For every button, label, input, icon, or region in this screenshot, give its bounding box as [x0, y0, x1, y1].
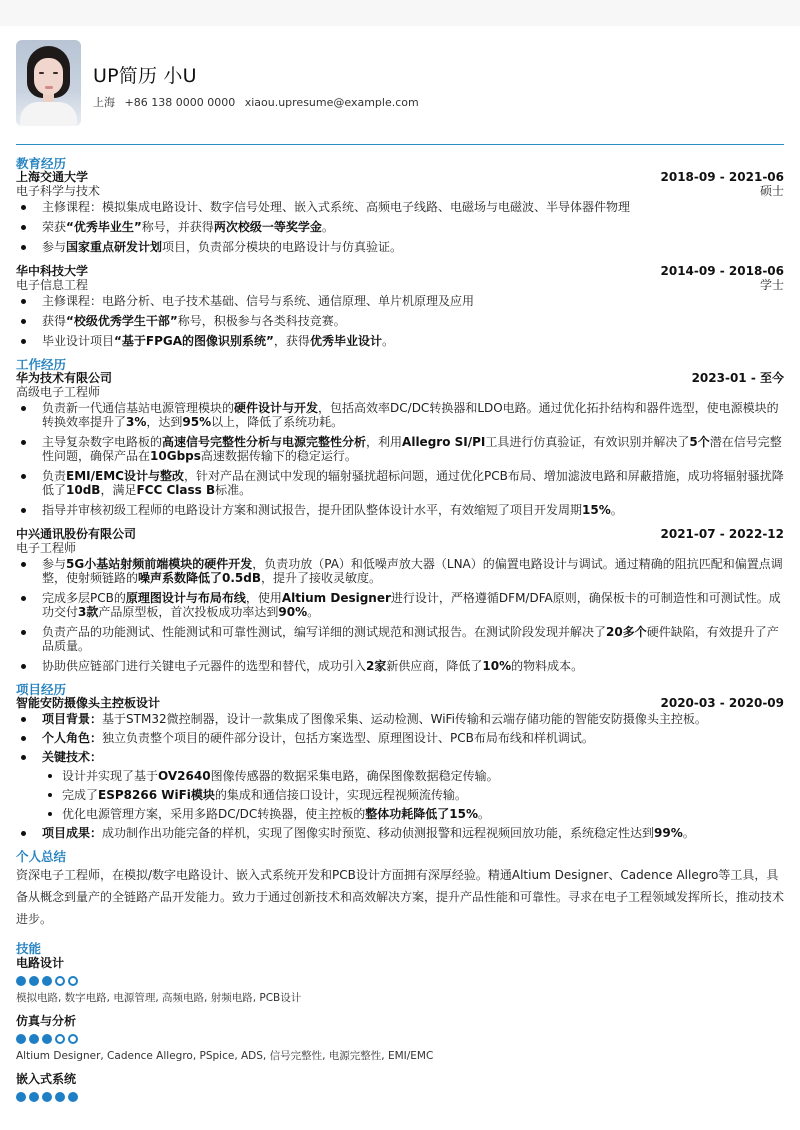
bullet-item: 项目背景：基于STM32微控制器，设计一款集成了图像采集、运动检测、WiFi传输…: [16, 712, 784, 726]
contact-city: 上海: [93, 96, 115, 109]
degree: 学士: [760, 278, 784, 292]
date-range: 2021-07 - 2022-12: [661, 527, 785, 541]
filled-dot-icon: [16, 1034, 26, 1044]
text-run: ，满足: [100, 483, 136, 497]
emphasis-text: 99%: [654, 826, 683, 840]
emphasis-text: 3%: [126, 415, 146, 429]
contact-phone: +86 138 0000 0000: [125, 96, 236, 109]
skill-item: 电路设计模拟电路, 数字电路, 电源管理, 高频电路, 射频电路, PCB设计: [16, 956, 784, 1005]
bullet-list: 主修课程：模拟集成电路设计、数字信号处理、嵌入式系统、高频电子线路、电磁场与电磁…: [16, 200, 784, 254]
section-title: 工作经历: [16, 358, 784, 371]
text-run: 称号，并获得: [142, 220, 214, 234]
text-run: ，获得: [274, 334, 310, 348]
education-entry: 华中科技大学2014-09 - 2018-06电子信息工程学士主修课程：电路分析…: [16, 264, 784, 348]
text-run: ，达到: [146, 415, 182, 429]
emphasis-text: 5G小基站射频前端模块的硬件开发: [66, 557, 252, 571]
profile-photo: [16, 40, 81, 126]
text-run: 优化电源管理方案，采用多路DC/DC转换器，使主控板的: [62, 807, 365, 821]
filled-dot-icon: [16, 976, 26, 986]
text-run: ，使用: [246, 591, 282, 605]
summary-section: 个人总结 资深电子工程师，在模拟/数字电路设计、嵌入式系统开发和PCB设计方面拥…: [16, 850, 784, 930]
bullet-item: 完成多层PCB的原理图设计与布局布线，使用Altium Designer进行设计…: [16, 591, 784, 619]
text-run: 工具进行仿真验证，有效识别并解决了: [485, 435, 689, 449]
entry-subheader: 电子信息工程学士: [16, 278, 784, 292]
text-run: 参与: [42, 240, 66, 254]
entry-header: 中兴通讯股份有限公司2021-07 - 2022-12: [16, 527, 784, 541]
text-run: 标准。: [215, 483, 251, 497]
emphasis-text: “基于FPGA的图像识别系统”: [114, 334, 274, 348]
emphasis-text: 2家: [366, 659, 386, 673]
text-run: 基于STM32微控制器，设计一款集成了图像采集、运动检测、WiFi传输和云端存储…: [102, 712, 707, 726]
text-run: 。: [478, 807, 490, 821]
filled-dot-icon: [68, 1092, 78, 1102]
skills-section: 技能 电路设计模拟电路, 数字电路, 电源管理, 高频电路, 射频电路, PCB…: [16, 942, 784, 1102]
date-range: 2018-09 - 2021-06: [661, 170, 785, 184]
text-run: 成功制作出功能完备的样机，实现了图像实时预览、移动侦测报警和远程视频回放功能，系…: [102, 826, 654, 840]
text-run: 。: [382, 334, 394, 348]
section-title: 教育经历: [16, 157, 784, 170]
entry-subheader: 电子科学与技术硕士: [16, 184, 784, 198]
emphasis-text: 关键技术：: [42, 750, 102, 764]
text-run: 荣获: [42, 220, 66, 234]
filled-dot-icon: [42, 1092, 52, 1102]
empty-dot-icon: [55, 1034, 65, 1044]
text-run: 完成多层PCB的: [42, 591, 126, 605]
resume-page: UP简历 小U 上海 +86 138 0000 0000 xiaou.upres…: [0, 26, 800, 1102]
text-run: 产品原型板，首次投板成功率达到: [98, 605, 278, 619]
sub-bullet-item: 设计并实现了基于OV2640图像传感器的数据采集电路，确保图像数据稳定传输。: [42, 769, 784, 783]
skill-name: 仿真与分析: [16, 1014, 784, 1028]
text-run: 负责新一代通信基站电源管理模块的: [42, 401, 234, 415]
bullet-list: 参与5G小基站射频前端模块的硬件开发，负责功放（PA）和低噪声放大器（LNA）的…: [16, 557, 784, 673]
degree: 硕士: [760, 184, 784, 198]
emphasis-text: 20多个: [606, 625, 647, 639]
empty-dot-icon: [68, 976, 78, 986]
skill-level-rating: [16, 976, 784, 986]
sub-bullet-item: 优化电源管理方案，采用多路DC/DC转换器，使主控板的整体功耗降低了15%。: [42, 807, 784, 821]
bullet-item: 参与5G小基站射频前端模块的硬件开发，负责功放（PA）和低噪声放大器（LNA）的…: [16, 557, 784, 585]
text-run: 主修课程：电路分析、电子技术基础、信号与系统、通信原理、单片机原理及应用: [42, 294, 474, 308]
bullet-item: 主修课程：电路分析、电子技术基础、信号与系统、通信原理、单片机原理及应用: [16, 294, 784, 308]
bullet-item: 个人角色：独立负责整个项目的硬件部分设计，包括方案选型、原理图设计、PCB布局布…: [16, 731, 784, 745]
company-name: 华为技术有限公司: [16, 371, 112, 385]
bullet-item: 项目成果：成功制作出功能完备的样机，实现了图像实时预览、移动侦测报警和远程视频回…: [16, 826, 784, 840]
bullet-item: 主修课程：模拟集成电路设计、数字信号处理、嵌入式系统、高频电子线路、电磁场与电磁…: [16, 200, 784, 214]
bullet-item: 荣获“优秀毕业生”称号，并获得两次校级一等奖学金。: [16, 220, 784, 234]
emphasis-text: 整体功耗降低了15%: [365, 807, 478, 821]
bullet-list: 项目背景：基于STM32微控制器，设计一款集成了图像采集、运动检测、WiFi传输…: [16, 712, 784, 840]
skill-item: 嵌入式系统: [16, 1072, 784, 1102]
bullet-item: 主导复杂数字电路板的高速信号完整性分析与电源完整性分析，利用Allegro SI…: [16, 435, 784, 463]
emphasis-text: “优秀毕业生”: [66, 220, 142, 234]
text-run: 的集成和通信接口设计，实现远程视频流传输。: [215, 788, 467, 802]
school-name: 上海交通大学: [16, 170, 88, 184]
projects-section: 项目经历 智能安防摄像头主控板设计2020-03 - 2020-09项目背景：基…: [16, 683, 784, 840]
text-run: 毕业设计项目: [42, 334, 114, 348]
section-title: 个人总结: [16, 850, 784, 863]
text-run: 图像传感器的数据采集电路，确保图像数据稳定传输。: [211, 769, 499, 783]
empty-dot-icon: [68, 1034, 78, 1044]
emphasis-text: 95%: [182, 415, 211, 429]
emphasis-text: ESP8266 WiFi模块: [98, 788, 215, 802]
entry-header: 华为技术有限公司2023-01 - 至今: [16, 371, 784, 385]
project-entry: 智能安防摄像头主控板设计2020-03 - 2020-09项目背景：基于STM3…: [16, 696, 784, 840]
skill-name: 嵌入式系统: [16, 1072, 784, 1086]
education-section: 教育经历 上海交通大学2018-09 - 2021-06电子科学与技术硕士主修课…: [16, 157, 784, 348]
filled-dot-icon: [55, 1092, 65, 1102]
entry-header: 华中科技大学2014-09 - 2018-06: [16, 264, 784, 278]
company-name: 中兴通讯股份有限公司: [16, 527, 136, 541]
text-run: 独立负责整个项目的硬件部分设计，包括方案选型、原理图设计、PCB布局布线和样机调…: [102, 731, 594, 745]
filled-dot-icon: [29, 976, 39, 986]
summary-text: 资深电子工程师，在模拟/数字电路设计、嵌入式系统开发和PCB设计方面拥有深厚经验…: [16, 864, 784, 930]
text-run: 获得: [42, 314, 66, 328]
bullet-list: 主修课程：电路分析、电子技术基础、信号与系统、通信原理、单片机原理及应用获得“校…: [16, 294, 784, 348]
skill-item: 仿真与分析Altium Designer, Cadence Allegro, P…: [16, 1014, 784, 1063]
project-name: 智能安防摄像头主控板设计: [16, 696, 160, 710]
emphasis-text: 国家重点研发计划: [66, 240, 162, 254]
work-entry: 华为技术有限公司2023-01 - 至今高级电子工程师负责新一代通信基站电源管理…: [16, 371, 784, 517]
bullet-item: 指导并审核初级工程师的电路设计方案和测试报告，提升团队整体设计水平，有效缩短了项…: [16, 503, 784, 517]
major: 电子科学与技术: [16, 184, 100, 198]
skill-keywords: Altium Designer, Cadence Allegro, PSpice…: [16, 1050, 784, 1063]
emphasis-text: 硬件设计与开发: [234, 401, 318, 415]
text-run: 设计并实现了基于: [62, 769, 158, 783]
resume-header: UP简历 小U 上海 +86 138 0000 0000 xiaou.upres…: [16, 40, 784, 128]
job-title: 电子工程师: [16, 541, 784, 555]
text-run: 负责: [42, 469, 66, 483]
emphasis-text: 10%: [482, 659, 511, 673]
emphasis-text: Altium Designer: [282, 591, 391, 605]
text-run: ，利用: [366, 435, 402, 449]
major: 电子信息工程: [16, 278, 88, 292]
text-run: ，提升了接收灵敏度。: [261, 571, 381, 585]
entry-header: 智能安防摄像头主控板设计2020-03 - 2020-09: [16, 696, 784, 710]
emphasis-text: EMI/EMC设计与整改: [66, 469, 184, 483]
emphasis-text: 15%: [582, 503, 611, 517]
text-run: 。: [322, 220, 334, 234]
bullet-item: 毕业设计项目“基于FPGA的图像识别系统”，获得优秀毕业设计。: [16, 334, 784, 348]
emphasis-text: 两次校级一等奖学金: [214, 220, 322, 234]
job-title: 高级电子工程师: [16, 385, 784, 399]
emphasis-text: ：: [90, 712, 102, 726]
bullet-item: 获得“校级优秀学生干部”称号，积极参与各类科技竞赛。: [16, 314, 784, 328]
skill-level-rating: [16, 1034, 784, 1044]
emphasis-text: Allegro SI/PI: [402, 435, 485, 449]
emphasis-text: 5个: [689, 435, 709, 449]
text-run: 。: [683, 826, 695, 840]
work-entry: 中兴通讯股份有限公司2021-07 - 2022-12电子工程师参与5G小基站射…: [16, 527, 784, 673]
bullet-item: 协助供应链部门进行关键电子元器件的选型和替代，成功引入2家新供应商，降低了10%…: [16, 659, 784, 673]
emphasis-text: 个人角色: [42, 731, 90, 745]
text-run: 主导复杂数字电路板的: [42, 435, 162, 449]
filled-dot-icon: [42, 976, 52, 986]
emphasis-text: 高速信号完整性分析与电源完整性分析: [162, 435, 366, 449]
text-run: 完成了: [62, 788, 98, 802]
candidate-name: UP简历 小U: [93, 61, 425, 88]
date-range: 2014-09 - 2018-06: [661, 264, 785, 278]
sub-bullet-item: 完成了ESP8266 WiFi模块的集成和通信接口设计，实现远程视频流传输。: [42, 788, 784, 802]
entry-header: 上海交通大学2018-09 - 2021-06: [16, 170, 784, 184]
bullet-item: 参与国家重点研发计划项目，负责部分模块的电路设计与仿真验证。: [16, 240, 784, 254]
filled-dot-icon: [42, 1034, 52, 1044]
sub-bullet-list: 设计并实现了基于OV2640图像传感器的数据采集电路，确保图像数据稳定传输。完成…: [42, 769, 784, 821]
emphasis-text: ：: [90, 826, 102, 840]
date-range: 2023-01 - 至今: [692, 371, 784, 385]
emphasis-text: 原理图设计与布局布线: [126, 591, 246, 605]
text-run: 指导并审核初级工程师的电路设计方案和测试报告，提升团队整体设计水平，有效缩短了项…: [42, 503, 582, 517]
bullet-list: 负责新一代通信基站电源管理模块的硬件设计与开发，包括高效率DC/DC转换器和LD…: [16, 401, 784, 517]
emphasis-text: 项目背景: [42, 712, 90, 726]
text-run: 负责产品的功能测试、性能测试和可靠性测试，编写详细的测试规范和测试报告。在测试阶…: [42, 625, 606, 639]
text-run: 。: [307, 605, 319, 619]
bullet-item: 负责新一代通信基站电源管理模块的硬件设计与开发，包括高效率DC/DC转换器和LD…: [16, 401, 784, 429]
education-entry: 上海交通大学2018-09 - 2021-06电子科学与技术硕士主修课程：模拟集…: [16, 170, 784, 254]
filled-dot-icon: [29, 1092, 39, 1102]
skill-level-rating: [16, 1092, 784, 1102]
text-run: 主修课程：模拟集成电路设计、数字信号处理、嵌入式系统、高频电子线路、电磁场与电磁…: [42, 200, 630, 214]
text-run: 称号，积极参与各类科技竞赛。: [178, 314, 346, 328]
text-run: 协助供应链部门进行关键电子元器件的选型和替代，成功引入: [42, 659, 366, 673]
text-run: 的物料成本。: [511, 659, 583, 673]
contact-line: 上海 +86 138 0000 0000 xiaou.upresume@exam…: [93, 94, 425, 110]
emphasis-text: OV2640: [158, 769, 211, 783]
text-run: 。: [611, 503, 623, 517]
emphasis-text: 90%: [278, 605, 307, 619]
emphasis-text: 项目成果: [42, 826, 90, 840]
bullet-item: 关键技术：设计并实现了基于OV2640图像传感器的数据采集电路，确保图像数据稳定…: [16, 750, 784, 821]
bullet-item: 负责产品的功能测试、性能测试和可靠性测试，编写详细的测试规范和测试报告。在测试阶…: [16, 625, 784, 653]
contact-email: xiaou.upresume@example.com: [245, 96, 419, 109]
text-run: 高速数据传输下的稳定运行。: [201, 449, 357, 463]
empty-dot-icon: [55, 976, 65, 986]
emphasis-text: 噪声系数降低了0.5dB: [138, 571, 261, 585]
emphasis-text: FCC Class B: [136, 483, 215, 497]
emphasis-text: “校级优秀学生干部”: [66, 314, 178, 328]
work-section: 工作经历 华为技术有限公司2023-01 - 至今高级电子工程师负责新一代通信基…: [16, 358, 784, 673]
filled-dot-icon: [16, 1092, 26, 1102]
section-title: 技能: [16, 942, 784, 955]
date-range: 2020-03 - 2020-09: [661, 696, 785, 710]
text-run: 以上，降低了系统功耗。: [211, 415, 343, 429]
top-bar: [0, 0, 800, 26]
filled-dot-icon: [29, 1034, 39, 1044]
emphasis-text: 10dB: [66, 483, 100, 497]
text-run: 项目，负责部分模块的电路设计与仿真验证。: [162, 240, 402, 254]
emphasis-text: 优秀毕业设计: [310, 334, 382, 348]
emphasis-text: ：: [90, 731, 102, 745]
text-run: 新供应商，降低了: [386, 659, 482, 673]
section-title: 项目经历: [16, 683, 784, 696]
skill-name: 电路设计: [16, 956, 784, 970]
bullet-item: 负责EMI/EMC设计与整改，针对产品在测试中发现的辐射骚扰超标问题，通过优化P…: [16, 469, 784, 497]
school-name: 华中科技大学: [16, 264, 88, 278]
text-run: 参与: [42, 557, 66, 571]
header-divider: [16, 144, 784, 145]
skill-keywords: 模拟电路, 数字电路, 电源管理, 高频电路, 射频电路, PCB设计: [16, 992, 784, 1005]
emphasis-text: 3款: [78, 605, 98, 619]
emphasis-text: 10Gbps: [150, 449, 201, 463]
